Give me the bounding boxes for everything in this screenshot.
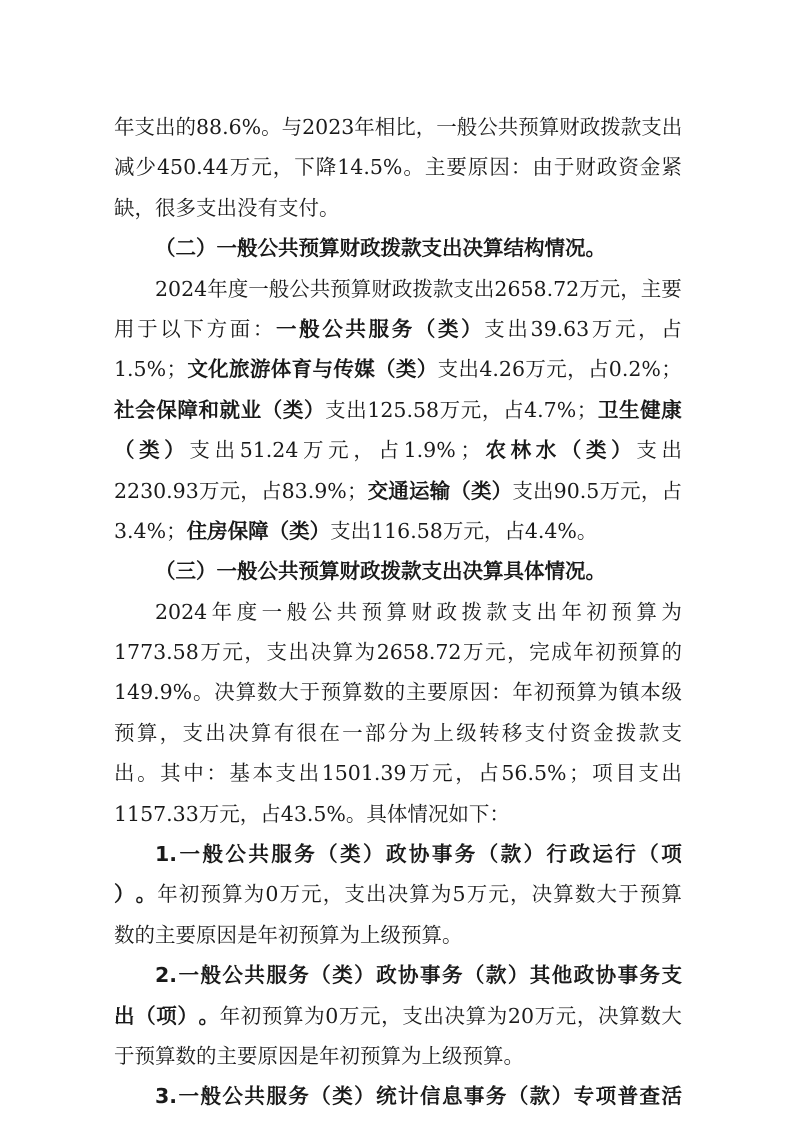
bold-text: 。 <box>199 996 220 1036</box>
text: 的 <box>385 672 406 712</box>
bold-text: （ <box>310 1076 331 1116</box>
text: 与 <box>282 107 303 147</box>
text: ： <box>491 672 512 712</box>
bold-text: 务 <box>442 955 463 995</box>
body-paragraph: 2024年度一般公共预算财政拨款支出年初预算为1773.58万元，支出决算为26… <box>114 592 682 834</box>
text: 2658.72 <box>377 632 462 672</box>
text: ； <box>347 471 368 511</box>
text: 算 <box>576 672 597 712</box>
text: ， <box>620 269 641 309</box>
text: ， <box>638 309 659 349</box>
text: 财 <box>371 269 392 309</box>
text: 要 <box>427 672 448 712</box>
bold-text: 般 <box>200 955 221 995</box>
text: 政 <box>437 592 458 632</box>
text-line: 1.一般公共服务（类）政协事务（款）行政运行（项 <box>114 834 682 874</box>
bold-text: 行 <box>547 834 568 874</box>
bold-text: 务 <box>392 309 413 349</box>
text: 支 <box>266 632 287 672</box>
text: 83.9% <box>282 471 347 511</box>
bold-text: 类 <box>332 955 353 995</box>
text: 资 <box>570 713 591 753</box>
bold-text: 3. <box>155 1076 177 1116</box>
text: 元 <box>251 147 272 187</box>
text: 支 <box>636 430 657 470</box>
bold-text: 类 <box>396 349 417 389</box>
text: 万 <box>463 632 484 672</box>
bold-text: 2. <box>155 955 177 995</box>
bold-text: 媒 <box>354 349 375 389</box>
text: 元 <box>615 309 636 349</box>
text: 出 <box>366 874 387 914</box>
text: 决 <box>532 874 553 914</box>
bold-text: 事 <box>432 834 453 874</box>
text: 为 <box>661 592 682 632</box>
text: 占 <box>588 349 609 389</box>
text: ； <box>569 753 590 793</box>
text: 2658.72 <box>494 269 579 309</box>
text: 大 <box>278 672 299 712</box>
text: 款 <box>486 592 507 632</box>
bold-text: （ <box>415 309 436 349</box>
bold-text: 公 <box>222 1076 243 1116</box>
text: 很 <box>297 713 318 753</box>
text: 般 <box>269 269 290 309</box>
text: ： <box>253 309 274 349</box>
text-line: （二）一般公共预算财政拨款支出决算结构情况。 <box>114 228 682 268</box>
text: ， <box>455 753 476 793</box>
text: 为 <box>487 996 508 1036</box>
bold-text: 与 <box>312 349 333 389</box>
text: 2024 <box>155 592 207 632</box>
text: 财 <box>575 147 596 187</box>
text: 般 <box>457 107 478 147</box>
bold-text: 政 <box>569 834 590 874</box>
text: 支 <box>638 753 659 793</box>
text: 于 <box>299 672 320 712</box>
bold-text: 公 <box>322 309 343 349</box>
text-line: 2.一般公共服务（类）政协事务（款）其他政协事务支 <box>114 955 682 995</box>
bold-text: 共 <box>244 1076 265 1116</box>
text: 支 <box>438 349 459 389</box>
bold-text: 务 <box>486 1076 507 1116</box>
text: 主 <box>641 269 662 309</box>
bold-text: 活 <box>661 1076 682 1116</box>
bold-text: （ <box>464 955 485 995</box>
bold-text: 公 <box>222 955 243 995</box>
text: 移 <box>502 713 523 753</box>
bold-text: ） <box>524 834 545 874</box>
text: ， <box>160 713 181 753</box>
bold-text: 一 <box>179 955 200 995</box>
bold-text: 化 <box>208 349 229 389</box>
bold-text: ） <box>461 309 482 349</box>
text: 为 <box>355 632 376 672</box>
text: 万 <box>230 147 251 187</box>
text: 125.58 <box>367 390 439 430</box>
text: 因 <box>489 147 510 187</box>
text: 支 <box>325 390 346 430</box>
text-line: 用于以下方面：一般公共服务（类）支出39.63万元，占 <box>114 309 682 349</box>
text: 支 <box>402 996 423 1036</box>
text: 2230.93 <box>114 471 199 511</box>
bold-text: 类 <box>139 430 160 470</box>
text: ， <box>567 349 588 389</box>
text: 支 <box>344 874 365 914</box>
text: 有 <box>274 713 295 753</box>
text: 紧 <box>661 147 682 187</box>
text: 0 <box>325 996 338 1036</box>
text: 初 <box>586 592 607 632</box>
bold-text: 共 <box>345 309 366 349</box>
text: 为 <box>411 713 432 753</box>
text: 出 <box>114 753 135 793</box>
bold-text: 就 <box>220 390 241 430</box>
bold-text: 专 <box>574 1076 595 1116</box>
text: 度 <box>237 592 258 632</box>
bold-text: 游 <box>250 349 271 389</box>
text: 本 <box>252 753 273 793</box>
bold-text: ） <box>363 834 384 874</box>
text: 成 <box>551 632 572 672</box>
bold-text: 和 <box>198 390 219 430</box>
text: 支 <box>135 107 156 147</box>
text: 年 <box>212 592 233 632</box>
bold-text: ） <box>492 471 513 511</box>
bold-text: 农 <box>485 430 506 470</box>
bold-text: ） <box>611 430 632 470</box>
bold-text: 运 <box>409 471 430 511</box>
text: 部 <box>365 713 386 753</box>
text: 资 <box>618 147 639 187</box>
bold-text: 林 <box>511 430 532 470</box>
text: 面 <box>230 309 251 349</box>
text: 拨 <box>412 269 433 309</box>
text: 的 <box>176 107 197 147</box>
text: 。 <box>403 147 424 187</box>
bold-text: ） <box>177 996 198 1036</box>
text: 4.7% <box>524 390 576 430</box>
text: ， <box>353 430 374 470</box>
text: 为 <box>244 874 265 914</box>
text: 预 <box>362 592 383 632</box>
text: 算 <box>387 592 408 632</box>
text: 预 <box>321 672 342 712</box>
body-paragraph: 2024年度一般公共预算财政拨款支出2658.72万元，主要用于以下方面：一般公… <box>114 269 682 552</box>
bold-text: ） <box>114 874 135 914</box>
section-heading: （二）一般公共预算财政拨款支出决算结构情况。 <box>114 228 682 268</box>
text: 元 <box>488 874 509 914</box>
text: 共 <box>310 269 331 309</box>
bold-text: （ <box>310 955 331 995</box>
text: 20 <box>508 996 534 1036</box>
text: 万 <box>599 471 620 511</box>
text: 3.4%； <box>114 511 187 551</box>
text: 相 <box>375 107 396 147</box>
text: 2023 <box>302 107 354 147</box>
body-paragraph: 年支出的88.6%。与2023年相比，一般公共预算财政拨款支出减少450.44万… <box>114 107 682 228</box>
bold-text: 务 <box>294 834 315 874</box>
bold-text: 水 <box>536 430 557 470</box>
bold-text: 政 <box>574 955 595 995</box>
text: 占 <box>261 471 282 511</box>
bold-text: 服 <box>266 1076 287 1116</box>
text: 出 <box>205 713 226 753</box>
text: 政 <box>597 147 618 187</box>
text: 预 <box>640 874 661 914</box>
bold-text: 业 <box>241 390 262 430</box>
text: 39.63 <box>531 309 590 349</box>
bold-text: （ <box>375 349 396 389</box>
text: 缺，很多支出没有支付。 <box>114 188 340 228</box>
text: 金 <box>593 713 614 753</box>
text: 项 <box>592 753 613 793</box>
bold-text: 行 <box>615 834 636 874</box>
text-line: 缺，很多支出没有支付。 <box>114 188 682 228</box>
text-line: 1773.58万元，支出决算为2658.72万元，完成年初预算的 <box>114 632 682 672</box>
text: 万 <box>525 349 546 389</box>
bold-text: 一 <box>180 834 201 874</box>
text: 大 <box>661 996 682 1036</box>
text: 元 <box>461 390 482 430</box>
document-page: 年支出的88.6%。与2023年相比，一般公共预算财政拨款支出减少450.44万… <box>114 107 682 1117</box>
text-line: 2230.93万元，占83.9%；交通运输（类）支出90.5万元，占 <box>114 471 682 511</box>
text: 90.5 <box>554 471 600 511</box>
text: 初 <box>241 996 262 1036</box>
text: 出 <box>507 309 528 349</box>
text: 初 <box>534 672 555 712</box>
text: 5 <box>453 874 466 914</box>
text: 于 <box>618 874 639 914</box>
text: 1501.39 <box>322 753 407 793</box>
text: ， <box>510 874 531 914</box>
text: 主 <box>406 672 427 712</box>
text: 公 <box>289 269 310 309</box>
text: 出 <box>536 592 557 632</box>
text: 算 <box>137 713 158 753</box>
numbered-item: 2.一般公共服务（类）政协事务（款）其他政协事务支出（项）。年初预算为0万元，支… <box>114 955 682 1076</box>
text: 元 <box>301 874 322 914</box>
bold-text: 交 <box>368 471 389 511</box>
text: 预 <box>611 592 632 632</box>
text-line: 1157.33万元，占43.5%。具体情况如下： <box>114 794 682 834</box>
text: 元 <box>432 753 453 793</box>
text: 为 <box>598 672 619 712</box>
bold-text: 服 <box>271 834 292 874</box>
text: 上 <box>433 713 454 753</box>
bold-text: 事 <box>464 1076 485 1116</box>
text: 元 <box>556 996 577 1036</box>
text: 公 <box>477 107 498 147</box>
text: 1.9% <box>404 430 456 470</box>
text: 支 <box>662 713 683 753</box>
bold-text: 服 <box>266 955 287 995</box>
text-line: 149.9%。决算数大于预算数的主要原因：年初预算为镇本级 <box>114 672 682 712</box>
text: 分 <box>388 713 409 753</box>
text: 共 <box>337 592 358 632</box>
text: 下 <box>294 147 315 187</box>
text: 在 <box>319 713 340 753</box>
text: 元 <box>620 471 641 511</box>
text: ， <box>641 471 662 511</box>
text: 决 <box>214 672 235 712</box>
text: 450.44 <box>157 147 229 187</box>
text: 度 <box>228 269 249 309</box>
text: 出 <box>346 390 367 430</box>
text: 年 <box>207 269 228 309</box>
text: 出 <box>474 269 495 309</box>
bold-text: 一 <box>276 309 297 349</box>
text: 万 <box>280 874 301 914</box>
bold-text: 项 <box>596 1076 617 1116</box>
bold-text: 务 <box>288 1076 309 1116</box>
text: 拨 <box>462 592 483 632</box>
text: 2024 <box>155 269 207 309</box>
text: 预 <box>201 874 222 914</box>
text: ， <box>416 107 437 147</box>
bold-text: 住房保障（类） <box>187 511 331 551</box>
text: 元 <box>220 471 241 511</box>
text: 本 <box>640 672 661 712</box>
text: 年 <box>220 996 241 1036</box>
text: 款 <box>621 107 642 147</box>
bold-text: 会 <box>135 390 156 430</box>
text: 下 <box>183 309 204 349</box>
text: 万 <box>199 471 220 511</box>
text: 财 <box>559 107 580 147</box>
text: 算 <box>619 996 640 1036</box>
bold-text: ） <box>304 390 325 430</box>
text: 数 <box>363 672 384 712</box>
bold-text: ） <box>508 955 529 995</box>
bold-text: 文 <box>187 349 208 389</box>
text-line: 3.一般公共服务（类）统计信息事务（款）专项普查活 <box>114 1076 682 1116</box>
text: 出 <box>155 107 176 147</box>
bold-text: 政 <box>376 955 397 995</box>
bold-text: 服 <box>369 309 390 349</box>
text: 算 <box>466 996 487 1036</box>
text: 预 <box>518 107 539 147</box>
numbered-item: 3.一般公共服务（类）统计信息事务（款）专项普查活 <box>114 1076 682 1116</box>
text: 算 <box>539 107 560 147</box>
bold-text: 社 <box>114 390 135 430</box>
text: 0.2% <box>609 349 661 389</box>
text-line: （类）支出51.24万元，占1.9%；农林水（类）支出 <box>114 430 682 470</box>
text: 万 <box>592 309 613 349</box>
bold-text: 类 <box>438 309 459 349</box>
text: ， <box>507 632 528 672</box>
text: 以 <box>160 309 181 349</box>
text: ： <box>511 147 532 187</box>
text: 出 <box>299 753 320 793</box>
text: 款 <box>433 269 454 309</box>
text: ， <box>323 874 344 914</box>
text: 占 <box>503 390 524 430</box>
text: 目 <box>615 753 636 793</box>
text: 支 <box>182 713 203 753</box>
text: 支 <box>511 592 532 632</box>
text: 般 <box>287 592 308 632</box>
text: 原 <box>468 147 489 187</box>
text: 万 <box>339 996 360 1036</box>
text: 预 <box>262 996 283 1036</box>
bold-text: 出 <box>114 996 135 1036</box>
text: 出 <box>661 753 682 793</box>
bold-text: （三）一般公共预算财政拨款支出决算具体情况。 <box>155 551 606 591</box>
bold-text: 项 <box>156 996 177 1036</box>
bold-text: 协 <box>409 834 430 874</box>
text: 年 <box>512 672 533 712</box>
bold-text: （ <box>508 1076 529 1116</box>
text: 万 <box>303 430 324 470</box>
text: 51.24 <box>240 430 299 470</box>
text: 决 <box>598 996 619 1036</box>
text: 决 <box>388 874 409 914</box>
bold-text: 。 <box>136 874 157 914</box>
text: 降 <box>316 147 337 187</box>
bold-text: （ <box>638 834 659 874</box>
text-line: 出（项）。年初预算为0万元，支出决算为20万元，决算数大 <box>114 996 682 1036</box>
text: 算 <box>639 632 660 672</box>
text: 要 <box>446 147 467 187</box>
text: 基 <box>229 753 250 793</box>
bold-text: 旅 <box>229 349 250 389</box>
text: 为 <box>304 996 325 1036</box>
text: 年 <box>157 874 178 914</box>
bold-text: 政 <box>386 834 407 874</box>
bold-text: 务 <box>640 955 661 995</box>
text: ； <box>166 349 187 389</box>
text: 支 <box>641 107 662 147</box>
text: 财 <box>412 592 433 632</box>
bold-text: 般 <box>202 834 223 874</box>
text: 万 <box>409 753 430 793</box>
text: 年 <box>114 107 135 147</box>
text: 出 <box>662 107 683 147</box>
text: 大 <box>596 874 617 914</box>
text: 共 <box>498 107 519 147</box>
text: 0 <box>265 874 278 914</box>
bold-text: 公 <box>225 834 246 874</box>
bold-text: 务 <box>288 955 309 995</box>
text: 比 <box>395 107 416 147</box>
text-line: 出。其中：基本支出1501.39万元，占56.5%；项目支出 <box>114 753 682 793</box>
bold-text: 类 <box>283 390 304 430</box>
text: 出 <box>661 430 682 470</box>
bold-text: ） <box>164 430 185 470</box>
text: 级 <box>662 672 683 712</box>
text: 算 <box>636 592 657 632</box>
text: 中 <box>183 753 204 793</box>
text-line: 数的主要原因是年初预算为上级预算。 <box>114 915 682 955</box>
numbered-item: 1.一般公共服务（类）政协事务（款）行政运行（项）。年初预算为0万元，支出决算为… <box>114 834 682 955</box>
text-line: 2024年度一般公共预算财政拨款支出年初预算为 <box>114 592 682 632</box>
text: 预 <box>330 269 351 309</box>
text: ， <box>244 632 265 672</box>
text: ， <box>240 471 261 511</box>
text-line: 1.5%；文化旅游体育与传媒（类）支出4.26万元，占0.2%； <box>114 349 682 389</box>
text: 元 <box>360 996 381 1036</box>
text: 决 <box>445 996 466 1036</box>
text: 预 <box>617 632 638 672</box>
text: ， <box>577 996 598 1036</box>
bold-text: ） <box>417 349 438 389</box>
bold-text: 运 <box>592 834 613 874</box>
text: ， <box>273 147 294 187</box>
text: 初 <box>595 632 616 672</box>
text: 出 <box>215 430 236 470</box>
text: 款 <box>639 713 660 753</box>
